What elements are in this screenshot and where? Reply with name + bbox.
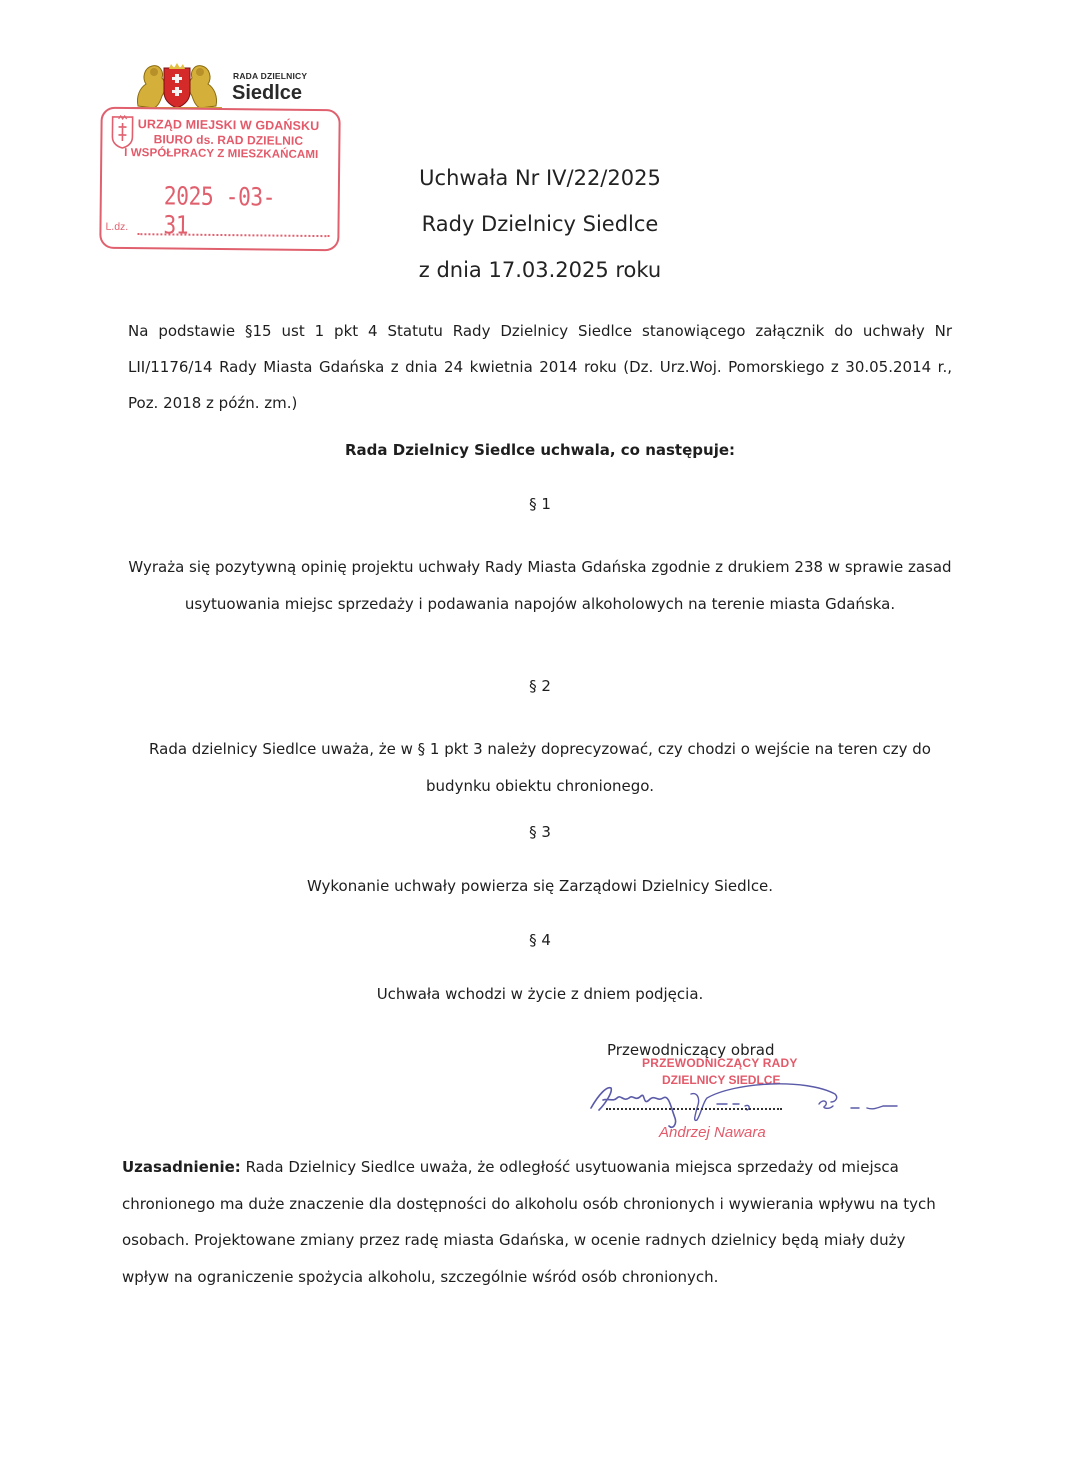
resolution-number: Uchwała Nr IV/22/2025 bbox=[0, 166, 1080, 190]
section-2-text: Rada dzielnicy Siedlce uważa, że w § 1 p… bbox=[120, 731, 960, 805]
section-3-text: Wykonanie uchwały powierza się Zarządowi… bbox=[100, 877, 980, 895]
section-1-text: Wyraża się pozytywną opinię projektu uch… bbox=[120, 549, 960, 623]
section-3-mark: § 3 bbox=[100, 823, 980, 841]
stamp-line-2: BIURO ds. RAD DZIELNIC bbox=[118, 132, 338, 148]
stamp-line-3: I WSPÓŁPRACY Z MIESZKAŃCAMI bbox=[104, 147, 338, 161]
section-4-text: Uchwała wchodzi w życie z dniem podjęcia… bbox=[100, 985, 980, 1003]
document-page: RADA DZIELNICY Siedlce URZĄD MIEJSKI W G… bbox=[0, 0, 1080, 1473]
signatory-role: Przewodniczący obrad bbox=[607, 1041, 774, 1059]
legal-basis: Na podstawie §15 ust 1 pkt 4 Statutu Rad… bbox=[128, 313, 952, 421]
section-4-mark: § 4 bbox=[100, 931, 980, 949]
org-label-small: RADA DZIELNICY bbox=[233, 71, 307, 81]
org-label-big: Siedlce bbox=[232, 82, 302, 105]
section-1-mark: § 1 bbox=[100, 495, 980, 513]
stamp-line-1: URZĄD MIEJSKI W GDAŃSKU bbox=[118, 117, 338, 133]
signatory-name: Andrzej Nawara bbox=[659, 1124, 766, 1141]
resolution-body: Rady Dzielnicy Siedlce bbox=[0, 212, 1080, 236]
justification-label: Uzasadnienie: bbox=[122, 1158, 241, 1176]
resolution-date: z dnia 17.03.2025 roku bbox=[0, 258, 1080, 282]
signature-line bbox=[606, 1108, 782, 1110]
justification-text: Rada Dzielnicy Siedlce uważa, że odległo… bbox=[122, 1158, 936, 1286]
justification: Uzasadnienie: Rada Dzielnicy Siedlce uwa… bbox=[122, 1149, 942, 1295]
decree-intro: Rada Dzielnicy Siedlce uchwala, co nastę… bbox=[100, 441, 980, 459]
gdansk-coat-of-arms-icon bbox=[132, 60, 222, 110]
section-2-mark: § 2 bbox=[100, 677, 980, 695]
